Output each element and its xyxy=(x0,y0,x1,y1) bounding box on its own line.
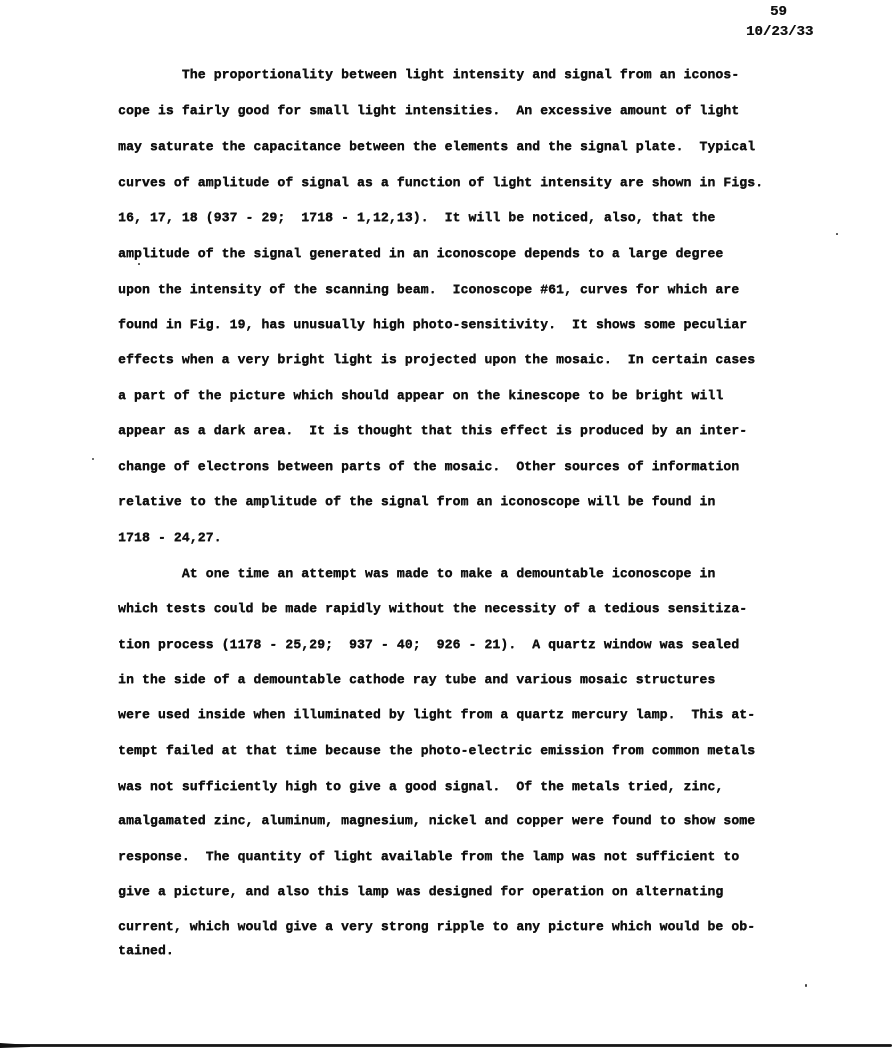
text-line: cope is fairly good for small light inte… xyxy=(118,103,739,118)
scan-speck xyxy=(92,458,94,460)
scan-speck xyxy=(138,263,140,265)
text-line: amalgamated zinc, aluminum, magnesium, n… xyxy=(118,813,755,828)
text-line: relative to the amplitude of the signal … xyxy=(118,494,715,509)
text-line: tion process (1178 - 25,29; 937 - 40; 92… xyxy=(118,637,739,652)
document-page: 59 10/23/33 The proportionality between … xyxy=(0,0,892,1062)
text-line: current, which would give a very strong … xyxy=(118,919,755,934)
text-line: response. The quantity of light availabl… xyxy=(118,849,739,864)
page-bottom-edge xyxy=(0,1044,892,1047)
text-line: in the side of a demountable cathode ray… xyxy=(118,672,715,687)
text-line: tained. xyxy=(118,943,174,958)
text-line: appear as a dark area. It is thought tha… xyxy=(118,423,747,438)
text-line: may saturate the capacitance between the… xyxy=(118,139,755,154)
text-line: a part of the picture which should appea… xyxy=(118,388,723,403)
text-line: effects when a very bright light is proj… xyxy=(118,352,755,367)
page-date: 10/23/33 xyxy=(746,24,813,40)
text-line: 1718 - 24,27. xyxy=(118,530,222,545)
page-number: 59 xyxy=(770,4,787,20)
text-line: which tests could be made rapidly withou… xyxy=(118,601,747,616)
text-line: 16, 17, 18 (937 - 29; 1718 - 1,12,13). I… xyxy=(118,210,715,225)
text-line: was not sufficiently high to give a good… xyxy=(118,779,723,794)
text-line: curves of amplitude of signal as a funct… xyxy=(118,175,763,190)
text-line: give a picture, and also this lamp was d… xyxy=(118,884,723,899)
text-line: amplitude of the signal generated in an … xyxy=(118,246,723,261)
scan-speck xyxy=(805,984,807,987)
text-line: tempt failed at that time because the ph… xyxy=(118,743,755,758)
text-line: upon the intensity of the scanning beam.… xyxy=(118,282,739,297)
text-line: The proportionality between light intens… xyxy=(118,67,739,82)
text-line: found in Fig. 19, has unusually high pho… xyxy=(118,317,747,332)
text-line: were used inside when illuminated by lig… xyxy=(118,707,755,722)
text-line: change of electrons between parts of the… xyxy=(118,459,739,474)
scan-speck xyxy=(836,233,838,235)
text-line: At one time an attempt was made to make … xyxy=(118,566,715,581)
